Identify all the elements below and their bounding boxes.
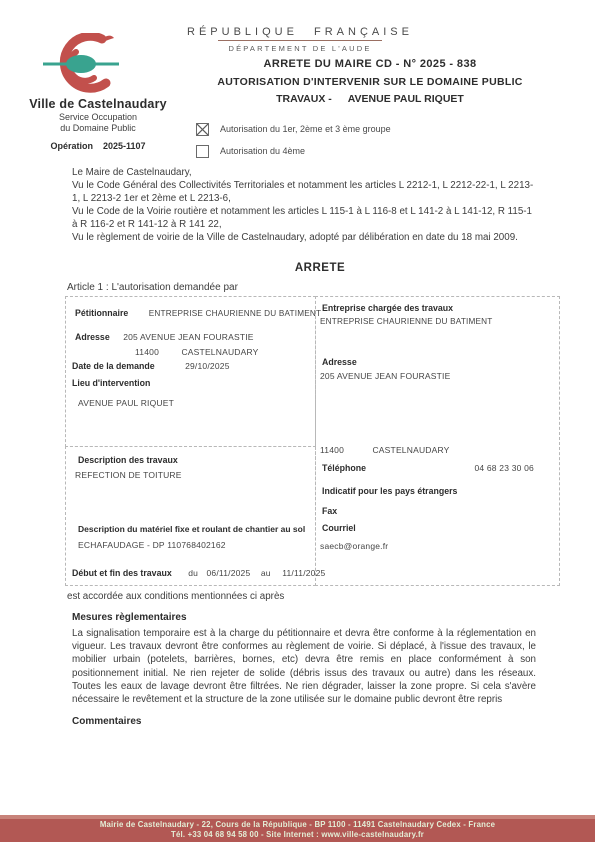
departement-subheading: DÉPARTEMENT DE L'AUDE: [160, 44, 440, 53]
entreprise-chargee-label: Entreprise chargée des travaux: [322, 303, 453, 313]
arrete-number-title: ARRETE DU MAIRE CD - N° 2025 - 838: [120, 58, 595, 70]
indicatif-label: Indicatif pour les pays étrangers: [322, 486, 457, 496]
petitionnaire-label: Pétitionnaire: [75, 308, 128, 318]
telephone-row: Téléphone 04 68 23 30 06: [322, 463, 548, 473]
description-travaux-value: REFECTION DE TOITURE: [75, 470, 182, 480]
lieu-intervention-label: Lieu d'intervention: [72, 378, 150, 388]
vu-reglement-voirie: Vu le règlement de voirie de la Ville de…: [72, 231, 534, 244]
accordee-conditions-line: est accordée aux conditions mentionnées …: [67, 591, 284, 602]
adresse-value-right: 205 AVENUE JEAN FOURASTIE: [320, 371, 451, 381]
adresse-value-left: 205 AVENUE JEAN FOURASTIE: [123, 332, 254, 342]
preamble-paragraphs: Le Maire de Castelnaudary, Vu le Code Gé…: [72, 166, 534, 244]
adresse-label-right: Adresse: [322, 357, 357, 367]
debut-fin-du: du: [188, 568, 198, 578]
entreprise-chargee-value: ENTREPRISE CHAURIENNE DU BATIMENT: [320, 317, 493, 326]
lieu-intervention-value: AVENUE PAUL RIQUET: [78, 398, 174, 408]
footer-address-line: Mairie de Castelnaudary - 22, Cours de l…: [0, 820, 595, 829]
petitionnaire-value: ENTREPRISE CHAURIENNE DU BATIMENT: [149, 309, 322, 318]
republique-francaise-heading: RÉPUBLIQUE FRANÇAISE: [160, 26, 440, 38]
debut-fin-label: Début et fin des travaux: [72, 568, 172, 578]
vu-cgct: Vu le Code Général des Collectivités Ter…: [72, 179, 534, 205]
operation-number: Opération2025-1107: [18, 141, 178, 151]
description-materiel-label: Description du matériel fixe et roulant …: [78, 524, 305, 534]
description-travaux-label: Description des travaux: [78, 455, 178, 465]
mesures-reglementaires-body: La signalisation temporaire est à la cha…: [72, 627, 536, 706]
cp-right: 11400: [320, 445, 344, 455]
adresse-label-left: Adresse: [75, 332, 110, 342]
travaux-title: TRAVAUX -AVENUE PAUL RIQUET: [120, 93, 595, 105]
vu-voirie-routiere: Vu le Code de la Voirie routière et nota…: [72, 205, 534, 231]
commentaires-heading: Commentaires: [72, 716, 141, 727]
petitionnaire-row: Pétitionnaire ENTREPRISE CHAURIENNE DU B…: [75, 303, 321, 321]
republique-underline: [218, 40, 382, 41]
date-demande-label: Date de la demande: [72, 361, 155, 371]
date-demande-row: Date de la demande 29/10/2025: [72, 356, 230, 374]
castelnaudary-logo-icon: [42, 33, 120, 95]
debut-fin-au: au: [261, 568, 271, 578]
checkbox-row-groupe-4[interactable]: Autorisation du 4ème: [196, 144, 305, 158]
footer-contact-line: Tél. +33 04 68 94 58 00 - Site Internet …: [0, 830, 595, 839]
fax-label: Fax: [322, 506, 337, 516]
telephone-value: 04 68 23 30 06: [474, 463, 534, 473]
operation-value: 2025-1107: [103, 141, 146, 151]
arrete-heading: ARRETE: [60, 262, 580, 274]
autorisation-title: AUTORISATION D'INTERVENIR SUR LE DOMAINE…: [120, 76, 595, 88]
description-materiel-value: ECHAFAUDAGE - DP 110768402162: [78, 540, 226, 550]
courriel-value: saecb@orange.fr: [320, 541, 388, 551]
ville-name: Ville de Castelnaudary: [18, 97, 178, 111]
debut-fin-date2: 11/11/2025: [282, 568, 325, 578]
debut-fin-row: Début et fin des travaux du 06/11/2025 a…: [72, 563, 325, 581]
courriel-label: Courriel: [322, 523, 356, 533]
article-1-line: Article 1 : L'autorisation demandée par: [67, 282, 238, 293]
document-page: RÉPUBLIQUE FRANÇAISE DÉPARTEMENT DE L'AU…: [0, 0, 595, 842]
telephone-label: Téléphone: [322, 463, 366, 473]
operation-label: Opération: [50, 141, 93, 151]
mesures-reglementaires-heading: Mesures règlementaires: [72, 612, 187, 623]
checkbox-row-groupe-123[interactable]: Autorisation du 1er, 2ème et 3 ème group…: [196, 122, 391, 136]
travaux-street: AVENUE PAUL RIQUET: [348, 93, 464, 105]
date-demande-value: 29/10/2025: [185, 361, 230, 371]
checkbox-label-groupe-123: Autorisation du 1er, 2ème et 3 ème group…: [220, 124, 391, 134]
checkbox-label-groupe-4: Autorisation du 4ème: [220, 146, 305, 156]
debut-fin-date1: 06/11/2025: [207, 568, 251, 578]
checkbox-checked-icon[interactable]: [196, 123, 209, 136]
ville-right: CASTELNAUDARY: [372, 445, 449, 455]
adresse-cp-row-right: 11400 CASTELNAUDARY: [320, 440, 450, 458]
service-line2: du Domaine Public: [18, 123, 178, 133]
service-line1: Service Occupation: [18, 112, 178, 122]
travaux-label: TRAVAUX -: [276, 93, 332, 105]
checkbox-unchecked-icon[interactable]: [196, 145, 209, 158]
maire-line: Le Maire de Castelnaudary,: [72, 166, 534, 179]
